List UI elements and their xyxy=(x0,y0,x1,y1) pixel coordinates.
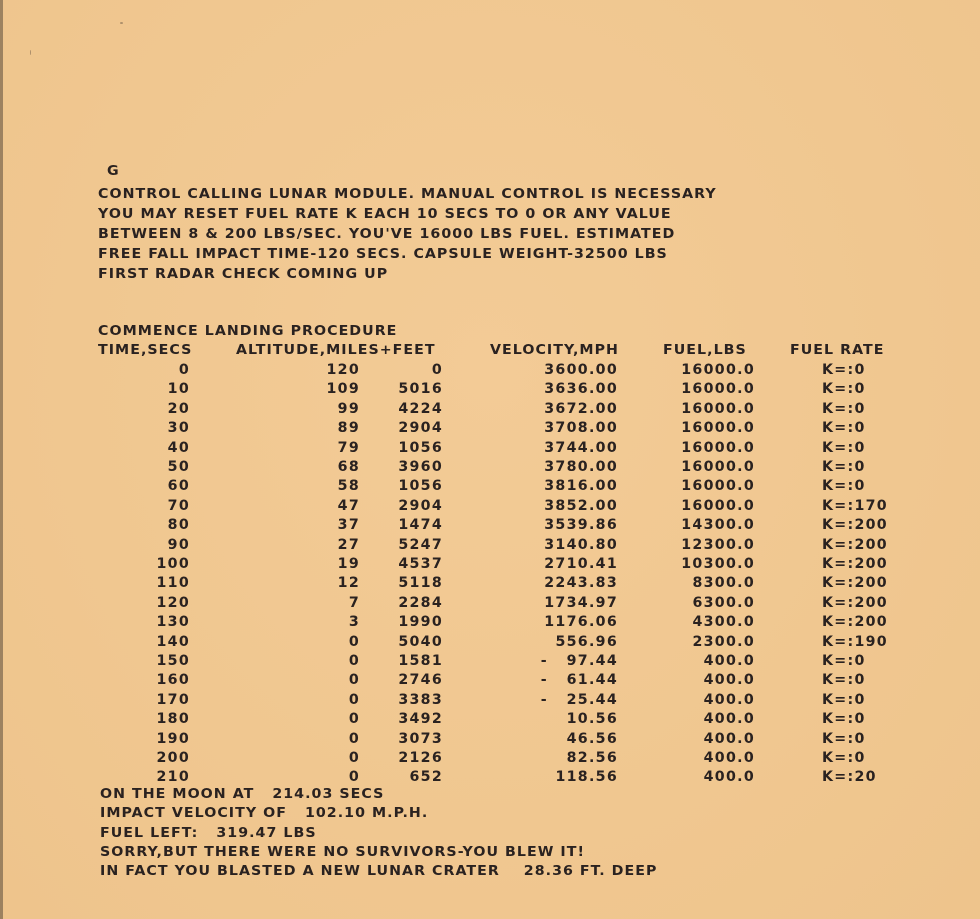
result-line: IMPACT VELOCITY OF 102.10 M.P.H. xyxy=(100,806,428,821)
cell-velocity: 3672.00 xyxy=(544,401,618,417)
cell-time: 150 xyxy=(156,653,190,669)
cell-time: 0 xyxy=(179,362,190,378)
cell-fuel: 12300.0 xyxy=(681,537,755,553)
cell-altitude-feet: 4537 xyxy=(398,556,443,572)
cell-fuel: 400.0 xyxy=(704,672,755,688)
cell-fuel-rate: K=:200 xyxy=(822,517,888,533)
cell-fuel-rate: K=:200 xyxy=(822,556,888,572)
cell-altitude-feet: 3073 xyxy=(398,731,443,747)
cell-fuel: 16000.0 xyxy=(681,440,755,456)
cell-fuel: 16000.0 xyxy=(681,420,755,436)
cell-time: 120 xyxy=(156,595,190,611)
cell-fuel-rate: K=:170 xyxy=(822,498,888,514)
cell-altitude-miles: 58 xyxy=(338,478,360,494)
cell-velocity: 3708.00 xyxy=(544,420,618,436)
cell-fuel: 400.0 xyxy=(704,731,755,747)
cell-time: 210 xyxy=(156,769,190,785)
cell-altitude-miles: 19 xyxy=(338,556,360,572)
cell-altitude-feet: 0 xyxy=(432,362,443,378)
cell-altitude-feet: 3383 xyxy=(398,692,443,708)
cell-velocity: 3744.00 xyxy=(544,440,618,456)
cell-fuel: 16000.0 xyxy=(681,362,755,378)
cell-fuel: 10300.0 xyxy=(681,556,755,572)
cell-fuel-rate: K=:0 xyxy=(822,459,866,475)
cell-altitude-miles: 0 xyxy=(349,769,360,785)
header-velocity: VELOCITY,MPH xyxy=(490,343,619,358)
cell-velocity: 3539.86 xyxy=(544,517,618,533)
cell-fuel: 400.0 xyxy=(704,711,755,727)
cell-altitude-miles: 120 xyxy=(326,362,360,378)
cell-fuel-rate: K=:0 xyxy=(822,440,866,456)
cell-fuel: 8300.0 xyxy=(692,575,755,591)
paper-speck xyxy=(120,22,123,24)
cell-altitude-miles: 0 xyxy=(349,634,360,650)
cell-time: 40 xyxy=(168,440,190,456)
cell-time: 60 xyxy=(168,478,190,494)
intro-line: YOU MAY RESET FUEL RATE K EACH 10 SECS T… xyxy=(98,207,672,222)
cell-time: 140 xyxy=(156,634,190,650)
cell-velocity: 1176.06 xyxy=(544,614,618,630)
cell-fuel-rate: K=:0 xyxy=(822,750,866,766)
cell-altitude-feet: 1474 xyxy=(398,517,443,533)
cell-altitude-feet: 1990 xyxy=(398,614,443,630)
header-time: TIME,SECS xyxy=(98,343,192,358)
cell-time: 50 xyxy=(168,459,190,475)
cell-fuel-rate: K=:0 xyxy=(822,381,866,397)
cell-fuel: 2300.0 xyxy=(692,634,755,650)
cell-fuel-rate: K=:0 xyxy=(822,653,866,669)
cell-altitude-feet: 3960 xyxy=(398,459,443,475)
cell-fuel-rate: K=:20 xyxy=(822,769,877,785)
cell-fuel: 16000.0 xyxy=(681,498,755,514)
cell-time: 20 xyxy=(168,401,190,417)
cell-altitude-miles: 37 xyxy=(338,517,360,533)
cell-fuel-rate: K=:200 xyxy=(822,575,888,591)
cell-velocity: 3600.00 xyxy=(544,362,618,378)
cell-altitude-feet: 2126 xyxy=(398,750,443,766)
cell-altitude-miles: 0 xyxy=(349,731,360,747)
cell-altitude-feet: 2904 xyxy=(398,498,443,514)
paper-edge xyxy=(0,0,3,919)
cell-altitude-miles: 3 xyxy=(349,614,360,630)
cell-velocity: 3852.00 xyxy=(544,498,618,514)
cell-fuel-rate: K=:190 xyxy=(822,634,888,650)
cell-time: 90 xyxy=(168,537,190,553)
cell-fuel: 400.0 xyxy=(704,653,755,669)
intro-line: CONTROL CALLING LUNAR MODULE. MANUAL CON… xyxy=(98,187,717,202)
cell-fuel-rate: K=:0 xyxy=(822,731,866,747)
cell-fuel: 400.0 xyxy=(704,692,755,708)
cell-fuel-rate: K=:0 xyxy=(822,420,866,436)
cell-fuel-rate: K=:200 xyxy=(822,614,888,630)
cell-altitude-miles: 0 xyxy=(349,692,360,708)
paper-speck xyxy=(30,50,31,55)
cell-fuel-rate: K=:200 xyxy=(822,595,888,611)
cell-altitude-feet: 1056 xyxy=(398,478,443,494)
intro-line: FREE FALL IMPACT TIME-120 SECS. CAPSULE … xyxy=(98,247,668,262)
cell-time: 10 xyxy=(168,381,190,397)
cell-altitude-miles: 47 xyxy=(338,498,360,514)
cell-time: 160 xyxy=(156,672,190,688)
cell-altitude-feet: 3492 xyxy=(398,711,443,727)
cell-time: 70 xyxy=(168,498,190,514)
cell-velocity: 2243.83 xyxy=(544,575,618,591)
command-echo: G xyxy=(107,164,120,179)
cell-velocity: - 25.44 xyxy=(541,692,618,708)
cell-altitude-miles: 0 xyxy=(349,750,360,766)
cell-velocity: 3780.00 xyxy=(544,459,618,475)
cell-velocity: 10.56 xyxy=(567,711,618,727)
cell-altitude-feet: 652 xyxy=(409,769,443,785)
cell-velocity: - 61.44 xyxy=(541,672,618,688)
intro-line: BETWEEN 8 & 200 LBS/SEC. YOU'VE 16000 LB… xyxy=(98,227,675,242)
cell-fuel: 4300.0 xyxy=(692,614,755,630)
cell-altitude-miles: 79 xyxy=(338,440,360,456)
cell-time: 100 xyxy=(156,556,190,572)
cell-altitude-feet: 2284 xyxy=(398,595,443,611)
cell-fuel-rate: K=:0 xyxy=(822,362,866,378)
cell-fuel-rate: K=:0 xyxy=(822,672,866,688)
cell-velocity: 556.96 xyxy=(555,634,618,650)
cell-fuel-rate: K=:0 xyxy=(822,401,866,417)
cell-fuel: 400.0 xyxy=(704,769,755,785)
header-fuel: FUEL,LBS xyxy=(663,343,747,358)
cell-time: 80 xyxy=(168,517,190,533)
result-line: SORRY,BUT THERE WERE NO SURVIVORS-YOU BL… xyxy=(100,845,585,860)
cell-velocity: 3140.80 xyxy=(544,537,618,553)
cell-velocity: 1734.97 xyxy=(544,595,618,611)
cell-altitude-miles: 68 xyxy=(338,459,360,475)
cell-velocity: 2710.41 xyxy=(544,556,618,572)
cell-time: 130 xyxy=(156,614,190,630)
cell-velocity: 3636.00 xyxy=(544,381,618,397)
result-line: FUEL LEFT: 319.47 LBS xyxy=(100,826,317,841)
cell-altitude-feet: 5118 xyxy=(398,575,443,591)
cell-fuel-rate: K=:200 xyxy=(822,537,888,553)
cell-velocity: 3816.00 xyxy=(544,478,618,494)
cell-velocity: - 97.44 xyxy=(541,653,618,669)
cell-altitude-feet: 4224 xyxy=(398,401,443,417)
cell-altitude-miles: 27 xyxy=(338,537,360,553)
cell-fuel: 16000.0 xyxy=(681,401,755,417)
header-fuel-rate: FUEL RATE xyxy=(790,343,885,358)
cell-fuel-rate: K=:0 xyxy=(822,478,866,494)
cell-fuel: 16000.0 xyxy=(681,459,755,475)
cell-altitude-miles: 0 xyxy=(349,653,360,669)
cell-altitude-miles: 0 xyxy=(349,711,360,727)
cell-velocity: 118.56 xyxy=(555,769,618,785)
result-line: IN FACT YOU BLASTED A NEW LUNAR CRATER 2… xyxy=(100,864,657,879)
cell-fuel: 6300.0 xyxy=(692,595,755,611)
cell-altitude-feet: 5040 xyxy=(398,634,443,650)
cell-time: 190 xyxy=(156,731,190,747)
cell-time: 200 xyxy=(156,750,190,766)
cell-fuel: 16000.0 xyxy=(681,381,755,397)
cell-altitude-feet: 2746 xyxy=(398,672,443,688)
cell-fuel-rate: K=:0 xyxy=(822,692,866,708)
cell-fuel: 16000.0 xyxy=(681,478,755,494)
cell-altitude-miles: 0 xyxy=(349,672,360,688)
cell-altitude-miles: 109 xyxy=(326,381,360,397)
cell-altitude-miles: 12 xyxy=(338,575,360,591)
cell-altitude-feet: 1581 xyxy=(398,653,443,669)
cell-altitude-miles: 99 xyxy=(338,401,360,417)
cell-time: 30 xyxy=(168,420,190,436)
result-line: ON THE MOON AT 214.03 SECS xyxy=(100,787,384,802)
cell-time: 170 xyxy=(156,692,190,708)
cell-altitude-miles: 7 xyxy=(349,595,360,611)
cell-velocity: 46.56 xyxy=(567,731,618,747)
cell-fuel: 14300.0 xyxy=(681,517,755,533)
cell-fuel-rate: K=:0 xyxy=(822,711,866,727)
cell-time: 110 xyxy=(156,575,190,591)
header-altitude: ALTITUDE,MILES+FEET xyxy=(236,343,436,358)
cell-fuel: 400.0 xyxy=(704,750,755,766)
intro-line: FIRST RADAR CHECK COMING UP xyxy=(98,267,388,282)
cell-altitude-feet: 5247 xyxy=(398,537,443,553)
cell-altitude-feet: 1056 xyxy=(398,440,443,456)
cell-altitude-feet: 2904 xyxy=(398,420,443,436)
cell-altitude-feet: 5016 xyxy=(398,381,443,397)
cell-altitude-miles: 89 xyxy=(338,420,360,436)
table-title: COMMENCE LANDING PROCEDURE xyxy=(98,324,397,339)
cell-velocity: 82.56 xyxy=(567,750,618,766)
cell-time: 180 xyxy=(156,711,190,727)
